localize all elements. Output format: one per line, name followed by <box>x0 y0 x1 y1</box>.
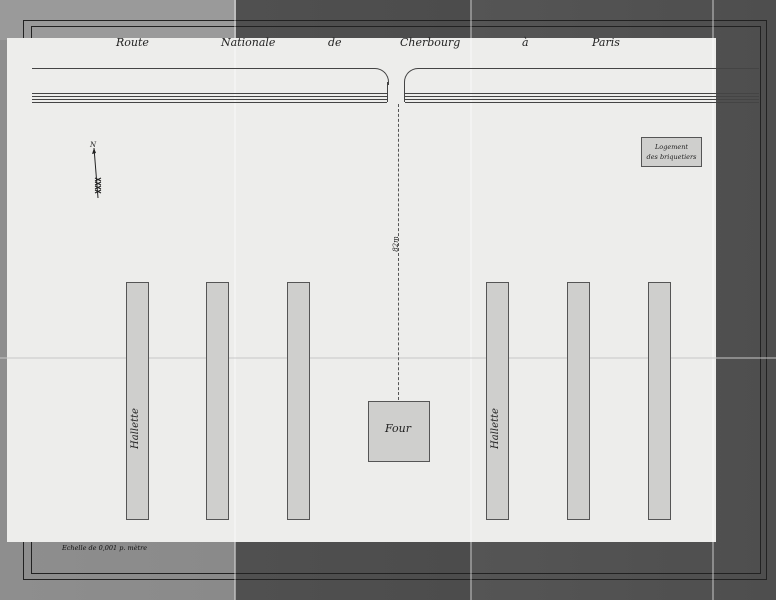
title-word: de <box>328 36 342 49</box>
building-label: Four <box>385 422 411 435</box>
title-word: Cherbourg <box>400 36 460 49</box>
fold-line <box>712 0 714 600</box>
building-hallette-5 <box>567 282 590 520</box>
title-word: Route <box>116 36 149 49</box>
scale-label: Echelle de 0,001 p. mètre <box>62 544 147 552</box>
svg-text:N: N <box>89 141 97 149</box>
title-word: Paris <box>592 36 620 49</box>
fold-line <box>234 0 236 600</box>
distance-label: 82m <box>392 236 400 252</box>
title-word: à <box>522 36 529 49</box>
building-hallette-3 <box>287 282 310 520</box>
north-arrow-icon: N <box>88 138 108 204</box>
building-label: Hallette <box>130 408 141 449</box>
legend-line: Logement <box>642 142 701 152</box>
title-word: Nationale <box>221 36 275 49</box>
building-label: Hallette <box>490 408 501 449</box>
building-hallette-2 <box>206 282 229 520</box>
legend-line: des briquetiers <box>642 152 701 162</box>
building-four: Four <box>368 401 430 462</box>
building-hallette-6 <box>648 282 671 520</box>
distance-line <box>398 104 399 400</box>
building-briquetiers-housing: Logement des briquetiers <box>641 137 702 167</box>
fold-line <box>470 0 472 600</box>
building-hallette-1: Hallette <box>126 282 149 520</box>
building-hallette-4: Hallette <box>486 282 509 520</box>
plan-sheet <box>7 38 716 542</box>
